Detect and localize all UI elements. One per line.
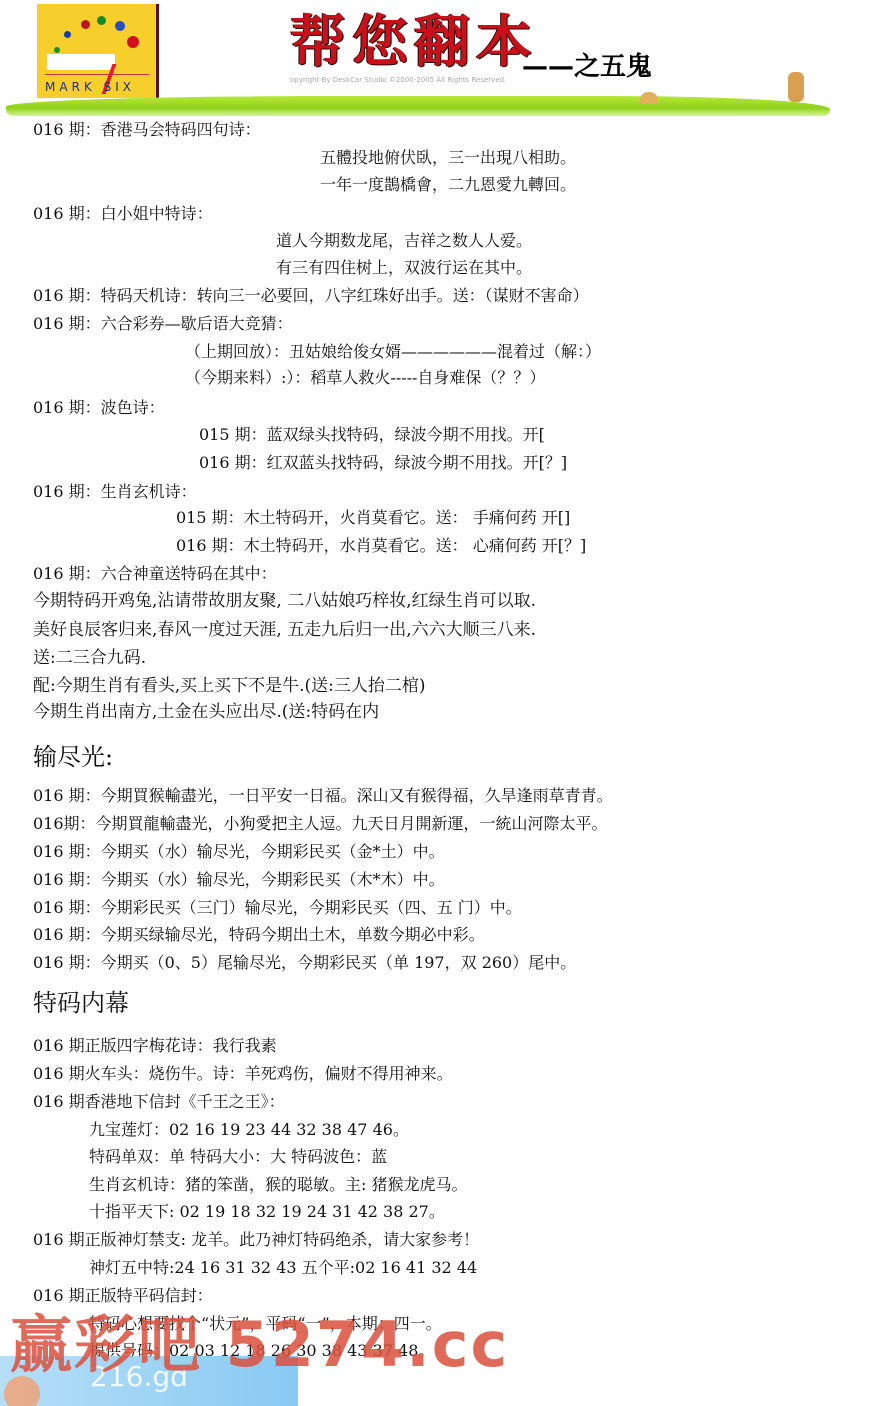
- stool-icon: [640, 92, 658, 104]
- ball-icon: [54, 47, 60, 53]
- ball-icon: [97, 16, 106, 25]
- lose-line: 016 期：今期买（水）输尽光，今期彩民买（金*土）中。: [33, 841, 445, 863]
- section-line: 016 期：六合神童送特码在其中：: [33, 563, 277, 585]
- ball-icon: [127, 36, 139, 48]
- riddle-line: （今期来料）:）：稻草人救火-----自身难保（？？）: [185, 367, 545, 389]
- poem-line: 五體投地俯伏臥，三一出現八相助。: [320, 147, 576, 169]
- verse-line: 配:今期生肖有看头,买上买下不是牛.(送:三人抬二棺): [33, 675, 426, 697]
- lose-line: 016 期：今期买绿输尽光，特码今期出土木，单数今期必中彩。: [33, 924, 485, 946]
- section-line: 016 期：六合彩券—歇后语大竞猜：: [33, 313, 293, 335]
- section-line: 016 期：香港马会特码四句诗：: [33, 119, 261, 141]
- lose-line: 016 期：今期买（0、5）尾输尽光，今期彩民买（单 197，双 260）尾中。: [33, 952, 576, 974]
- page-subtitle: ——之五鬼: [522, 46, 652, 83]
- zodiac-poem-line: 015 期：木土特码开，火肖莫看它。送： 手痛何药 开[]: [176, 507, 570, 529]
- copyright-text: opyright By DeskCar Studio ©2000-2005 Al…: [290, 76, 506, 84]
- ball-icon: [64, 31, 71, 38]
- lose-line: 016期：今期買龍輸盡光，小狗愛把主人逗。九天日月開新運，一統山河際太平。: [33, 813, 608, 835]
- lose-line: 016 期：今期买（水）输尽光，今期彩民买（木*木）中。: [33, 869, 445, 891]
- logo-white-band: [47, 54, 115, 70]
- verse-line: 今期特码开鸡兔,沾请带故朋友聚, 二八姑娘巧梓妆,红绿生肖可以取.: [33, 590, 536, 612]
- header-banner: MARK SIX 帮您翻本 opyright By DeskCar Studio…: [0, 0, 874, 118]
- insider-detail-line: 神灯五中特:24 16 31 32 43 五个平:02 16 41 32 44: [89, 1257, 477, 1279]
- logo-text: MARK SIX: [45, 80, 135, 94]
- watermark-main: 赢彩吧 5274.cc: [10, 1300, 509, 1390]
- lose-line: 016 期：今期彩民买（三门）输尽光，今期彩民买（四、五 门）中。: [33, 897, 522, 919]
- section-line: 016 期：特码天机诗：转向三一必要回，八字红珠好出手。送：（谋财不害命）: [33, 285, 589, 307]
- insider-detail-line: 九宝莲灯：02 16 19 23 44 32 38 47 46。: [89, 1119, 409, 1141]
- cartoon-figure-icon: [788, 72, 804, 102]
- section-line: 016 期：生肖玄机诗：: [33, 481, 197, 503]
- section-heading: 特码内幕: [33, 988, 129, 1018]
- verse-line: 送:二三合九码.: [33, 647, 146, 669]
- poem-line: 道人今期数龙尾，吉祥之数人人爱。: [276, 230, 532, 252]
- insider-line: 016 期火车头：烧伤牛。诗：羊死鸡伤，偏财不得用神来。: [33, 1063, 453, 1085]
- section-line: 016 期：白小姐中特诗：: [33, 203, 213, 225]
- poem-line: 一年一度鵲橋會，二九恩愛九轉回。: [320, 174, 576, 196]
- insider-detail-line: 生肖玄机诗：猪的笨凿，猴的聪敏。主: 猪猴龙虎马。: [89, 1174, 467, 1196]
- color-poem-line: 016 期：红双蓝头找特码，绿波今期不用找。开[？]: [199, 452, 567, 474]
- insider-line: 016 期香港地下信封《千王之王》：: [33, 1091, 285, 1113]
- insider-detail-line: 特码单双：单 特码大小：大 特码波色：蓝: [89, 1146, 387, 1168]
- poem-line: 有三有四住树上，双波行运在其中。: [276, 257, 532, 279]
- verse-line: 今期生肖出南方,土金在头应出尽.(送:特码在内: [33, 701, 379, 723]
- insider-line: 016 期正版四字梅花诗：我行我素: [33, 1035, 277, 1057]
- ball-icon: [81, 20, 90, 29]
- page-title: 帮您翻本: [290, 2, 538, 82]
- grass-divider: [6, 96, 830, 116]
- riddle-line: （上期回放）：丑姑娘给俊女婿——————混着过（解：）: [185, 341, 601, 363]
- decorative-card: [676, 30, 786, 100]
- zodiac-poem-line: 016 期：木土特码开，水肖莫看它。送： 心痛何药 开[？]: [176, 535, 586, 557]
- ball-icon: [115, 21, 125, 31]
- lose-line: 016 期：今期買猴輸盡光，一日平安一日福。深山又有猴得福，久旱逢雨草青青。: [33, 785, 613, 807]
- insider-detail-line: 十指平天下: 02 19 18 32 19 24 31 42 38 27。: [89, 1201, 445, 1223]
- section-line: 016 期：波色诗：: [33, 397, 165, 419]
- color-poem-line: 015 期：蓝双绿头找特码，绿波今期不用找。开[: [199, 424, 545, 446]
- mark-six-logo: MARK SIX: [37, 4, 159, 98]
- insider-line: 016 期正版神灯禁支: 龙羊。此乃神灯特码绝杀，请大家参考！: [33, 1229, 479, 1251]
- logo-divider: [45, 74, 149, 75]
- section-heading: 输尽光:: [33, 742, 113, 772]
- verse-line: 美好良辰客归来,春风一度过天涯, 五走九后归一出,六六大顺三八来.: [33, 619, 536, 641]
